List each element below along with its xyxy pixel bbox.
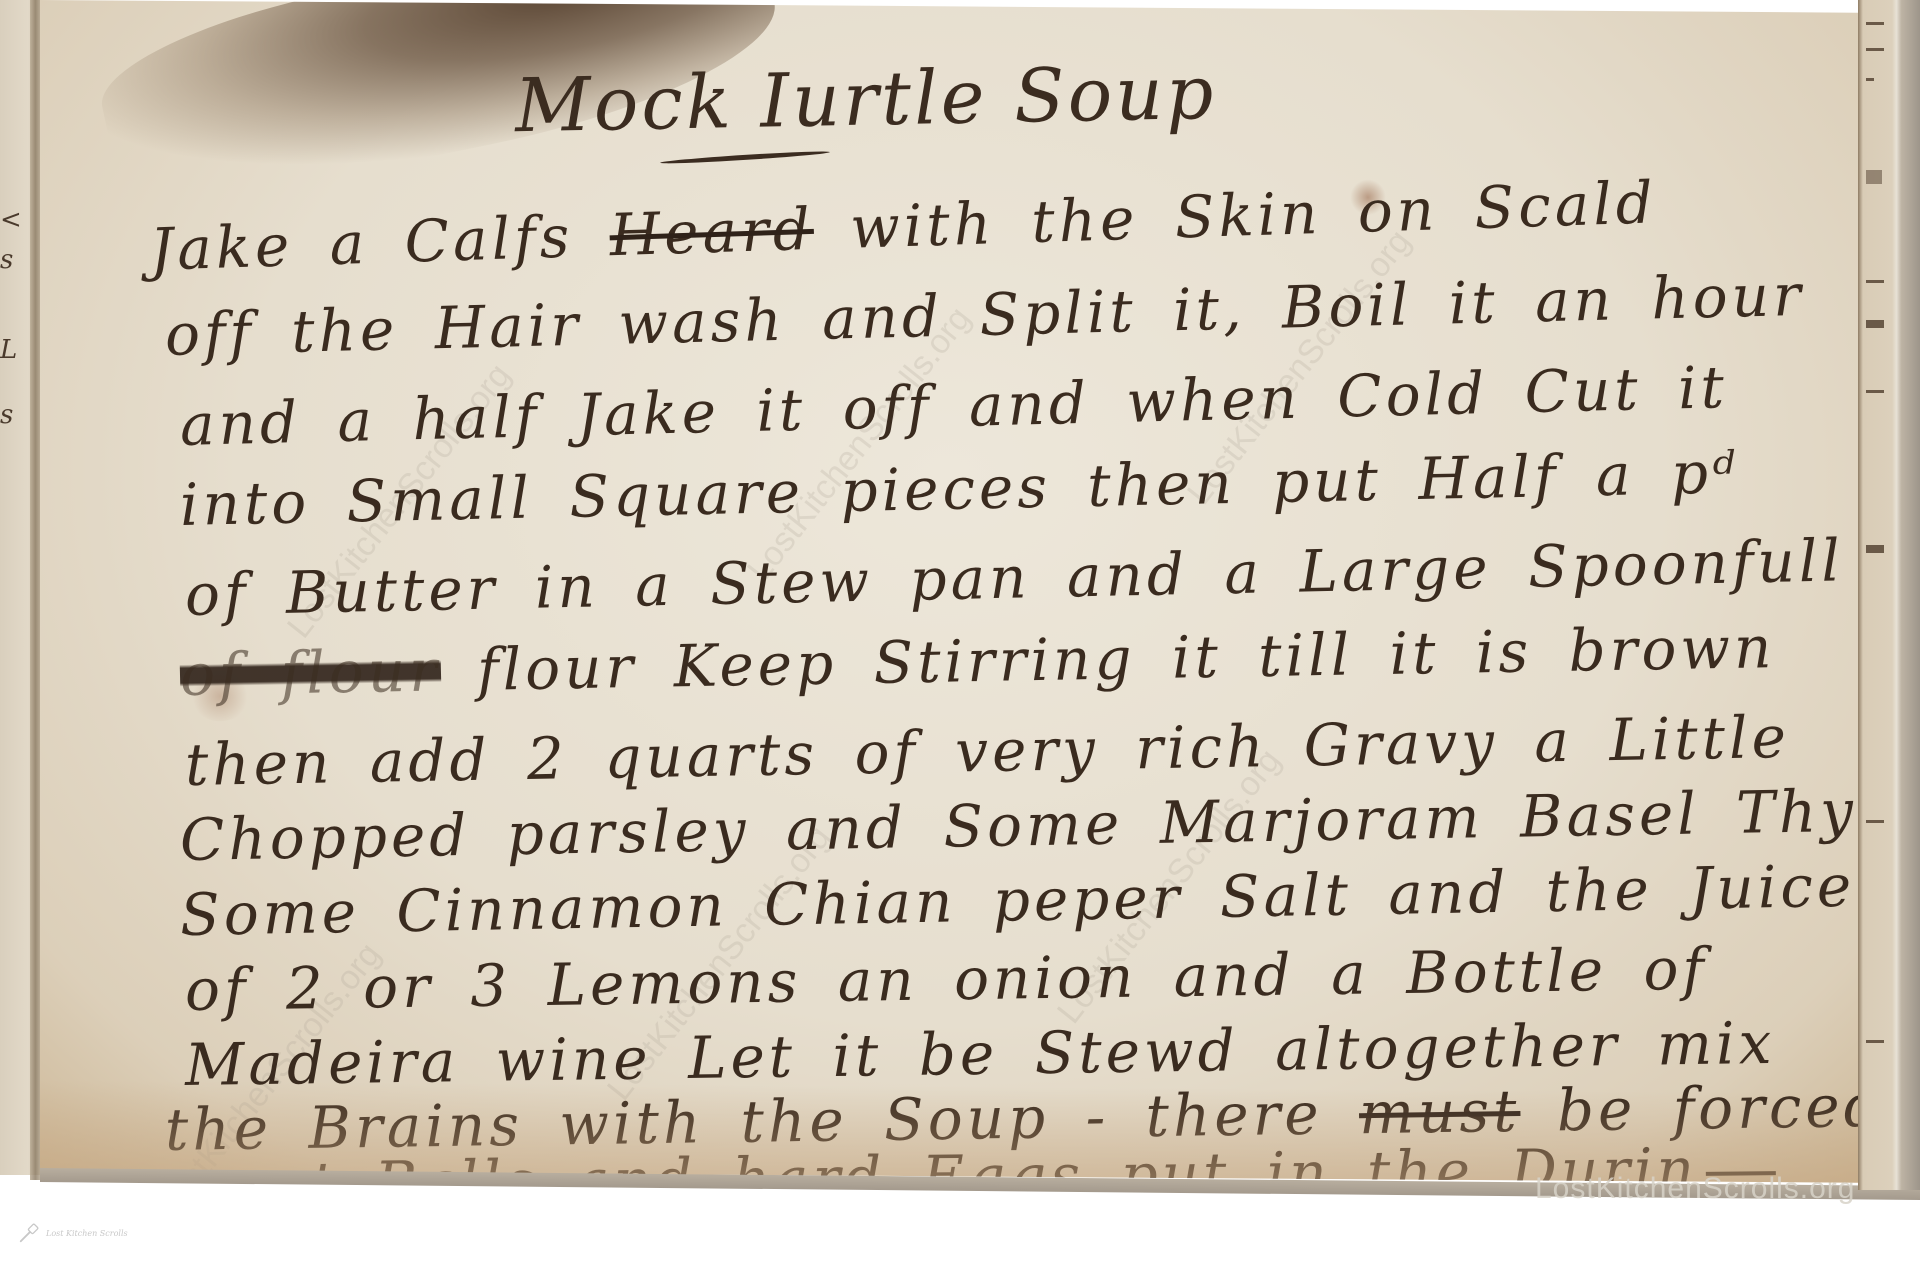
- edge-ink-mark: [1866, 820, 1884, 823]
- struck-word: must: [1358, 1077, 1521, 1147]
- left-margin-mark: <: [0, 205, 22, 235]
- line-text: be forced: [1520, 1072, 1858, 1145]
- spatula-icon: [18, 1222, 40, 1244]
- manuscript-line-1: Jake a Calfs Heard with the Skin on Scal…: [149, 168, 1658, 283]
- blotted-words: of flour: [179, 636, 441, 709]
- edge-ink-mark: [1866, 22, 1884, 25]
- line-text: with the Skin on Scald: [812, 168, 1658, 262]
- line-text: Jake a Calfs: [149, 201, 611, 283]
- line-text: the Brains with the Soup - there: [164, 1079, 1359, 1164]
- edge-ink-mark: [1866, 48, 1884, 51]
- manuscript-line-2: off the Hair wash and Split it, Boil it …: [164, 261, 1806, 369]
- manuscript-line-10: of 2 or 3 Lemons an onion and a Bottle o…: [184, 935, 1708, 1024]
- logo-text: Lost Kitchen Scrolls: [46, 1229, 128, 1238]
- edge-ink-mark: [1866, 280, 1884, 283]
- watermark-bottom-right: LostKitchenScrolls.org: [1535, 1172, 1855, 1206]
- struck-word: Heard: [608, 195, 815, 269]
- manuscript-line-12: the Brains with the Soup - there must be…: [164, 1072, 1858, 1164]
- manuscript-scan: < s L s LostKitchenScrolls.org LostKitch…: [0, 0, 1920, 1272]
- title-underline: [660, 150, 830, 166]
- edge-ink-mark: [1866, 1040, 1884, 1043]
- site-logo[interactable]: Lost Kitchen Scrolls: [18, 1222, 128, 1244]
- left-margin-mark: s: [0, 245, 13, 275]
- manuscript-line-6: of flour flour Keep Stirring it till it …: [179, 613, 1776, 709]
- left-margin-mark: L: [0, 335, 17, 365]
- edge-ink-mark: [1866, 390, 1884, 393]
- manuscript-line-5: of Butter in a Stew pan and a Large Spoo…: [184, 526, 1845, 629]
- edge-ink-mark: [1866, 320, 1884, 328]
- edge-ink-mark: [1866, 545, 1884, 553]
- line-text: flour Keep Stirring it till it is brown: [440, 613, 1776, 704]
- edge-ink-mark: [1866, 170, 1882, 184]
- manuscript-page: LostKitchenScrolls.org LostKitchenScroll…: [40, 0, 1858, 1183]
- edge-ink-mark: [1866, 78, 1874, 81]
- right-page-edges: [1858, 0, 1920, 1190]
- recipe-title: Mock Iurtle Soup: [514, 50, 1217, 149]
- left-margin-mark: s: [0, 400, 13, 430]
